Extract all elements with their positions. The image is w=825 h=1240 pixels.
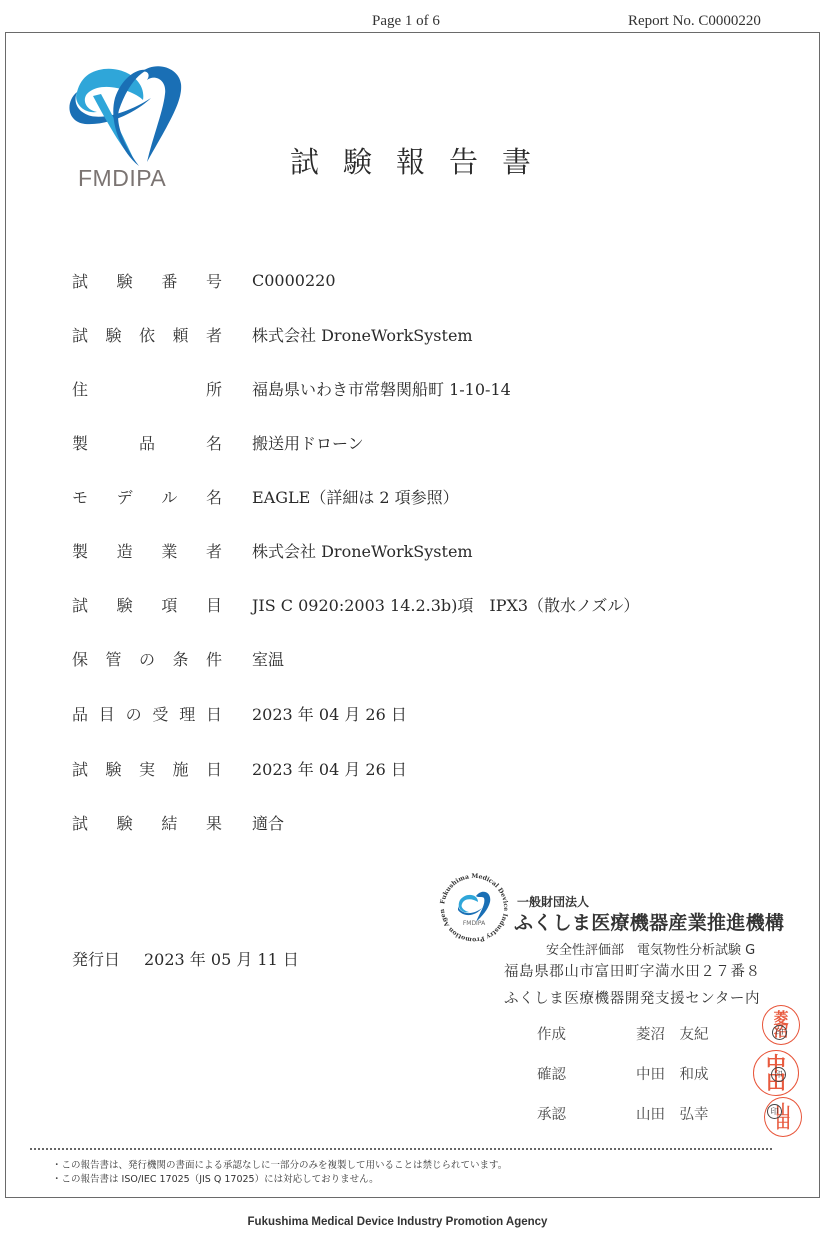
field-label: 試験結果 bbox=[72, 811, 222, 834]
field-requester: 試験依頼者 株式会社 DroneWorkSystem bbox=[72, 322, 222, 346]
field-value: C0000220 bbox=[252, 271, 336, 290]
field-label: 試験項目 bbox=[72, 593, 222, 616]
field-label: モデル名 bbox=[72, 485, 222, 508]
signature-role: 確認 bbox=[537, 1063, 566, 1084]
field-receipt-date: 品目の受理日 2023 年 04 月 26 日 bbox=[72, 701, 222, 725]
signature-name: 中田 和成 bbox=[636, 1063, 709, 1084]
logo-text: FMDIPA bbox=[78, 165, 166, 192]
field-label: 試験依頼者 bbox=[72, 323, 222, 346]
seal-mark-icon: 印 bbox=[767, 1104, 782, 1119]
field-test-number: 試験番号 C0000220 bbox=[72, 268, 222, 292]
field-value: 2023 年 04 月 26 日 bbox=[252, 757, 407, 780]
field-test-item: 試験項目 JIS C 0920:2003 14.2.3b)項 IPX3（散水ノズ… bbox=[72, 592, 222, 616]
field-value: EAGLE（詳細は 2 項参照） bbox=[252, 485, 459, 508]
document-title: 試験報告書 bbox=[290, 140, 555, 181]
field-value: 搬送用ドローン bbox=[252, 431, 364, 454]
dotted-divider bbox=[30, 1148, 772, 1150]
field-manufacturer: 製造業者 株式会社 DroneWorkSystem bbox=[72, 538, 222, 562]
fmdipa-logo-icon bbox=[55, 62, 187, 172]
organization-seal-icon: Fukushima Medical Device Industry Promot… bbox=[436, 870, 512, 946]
svg-text:FMDIPA: FMDIPA bbox=[463, 920, 486, 927]
note-reproduction: ・この報告書は、発行機関の書面による承認なしに一部分のみを複製して用いることは禁… bbox=[52, 1157, 507, 1171]
field-value: 福島県いわき市常磐関船町 1-10-14 bbox=[252, 377, 511, 400]
field-label: 試験番号 bbox=[72, 269, 222, 292]
organization-address: 福島県郡山市富田町字満水田２７番８ bbox=[504, 960, 761, 981]
issue-date-label: 発行日 bbox=[72, 947, 120, 970]
field-test-result: 試験結果 適合 bbox=[72, 810, 222, 834]
field-value: 室温 bbox=[252, 647, 284, 670]
signature-role: 承認 bbox=[537, 1103, 566, 1124]
organization-name: ふくしま医療機器産業推進機構 bbox=[514, 908, 784, 935]
field-label: 保管の条件 bbox=[72, 647, 222, 670]
field-label: 試験実施日 bbox=[72, 757, 222, 780]
field-value: 適合 bbox=[252, 811, 284, 834]
field-value: JIS C 0920:2003 14.2.3b)項 IPX3（散水ノズル） bbox=[252, 593, 639, 616]
field-label: 製造業者 bbox=[72, 539, 222, 562]
field-label: 住所 bbox=[72, 377, 222, 400]
page-number: Page 1 of 6 bbox=[372, 13, 440, 30]
field-product-name: 製品名 搬送用ドローン bbox=[72, 430, 222, 454]
seal-mark-icon: 印 bbox=[772, 1025, 787, 1040]
svg-text:Fukushima Medical Device Indus: Fukushima Medical Device Industry Promot… bbox=[436, 870, 509, 943]
field-storage-condition: 保管の条件 室温 bbox=[72, 646, 222, 670]
field-label: 品目の受理日 bbox=[72, 702, 222, 725]
seal-mark-icon: 印 bbox=[771, 1067, 786, 1082]
footer-agency-name: Fukushima Medical Device Industry Promot… bbox=[0, 1216, 795, 1228]
field-model-name: モデル名 EAGLE（詳細は 2 項参照） bbox=[72, 484, 222, 508]
organization-department: 安全性評価部 電気物性分析試験 G bbox=[546, 939, 755, 958]
field-value: 株式会社 DroneWorkSystem bbox=[252, 323, 473, 346]
field-label: 製品名 bbox=[72, 431, 222, 454]
field-address: 住所 福島県いわき市常磐関船町 1-10-14 bbox=[72, 376, 222, 400]
field-value: 2023 年 04 月 26 日 bbox=[252, 702, 407, 725]
report-number: Report No. C0000220 bbox=[628, 13, 761, 30]
signature-role: 作成 bbox=[537, 1023, 566, 1044]
field-test-date: 試験実施日 2023 年 04 月 26 日 bbox=[72, 756, 222, 780]
field-value: 株式会社 DroneWorkSystem bbox=[252, 539, 473, 562]
organization-building: ふくしま医療機器開発支援センター内 bbox=[504, 987, 760, 1008]
signature-name: 菱沼 友紀 bbox=[636, 1023, 709, 1044]
signature-name: 山田 弘幸 bbox=[636, 1103, 709, 1124]
note-iso: ・この報告書は ISO/IEC 17025（JIS Q 17025）には対応して… bbox=[52, 1171, 379, 1185]
issue-date-value: 2023 年 05 月 11 日 bbox=[144, 947, 299, 970]
